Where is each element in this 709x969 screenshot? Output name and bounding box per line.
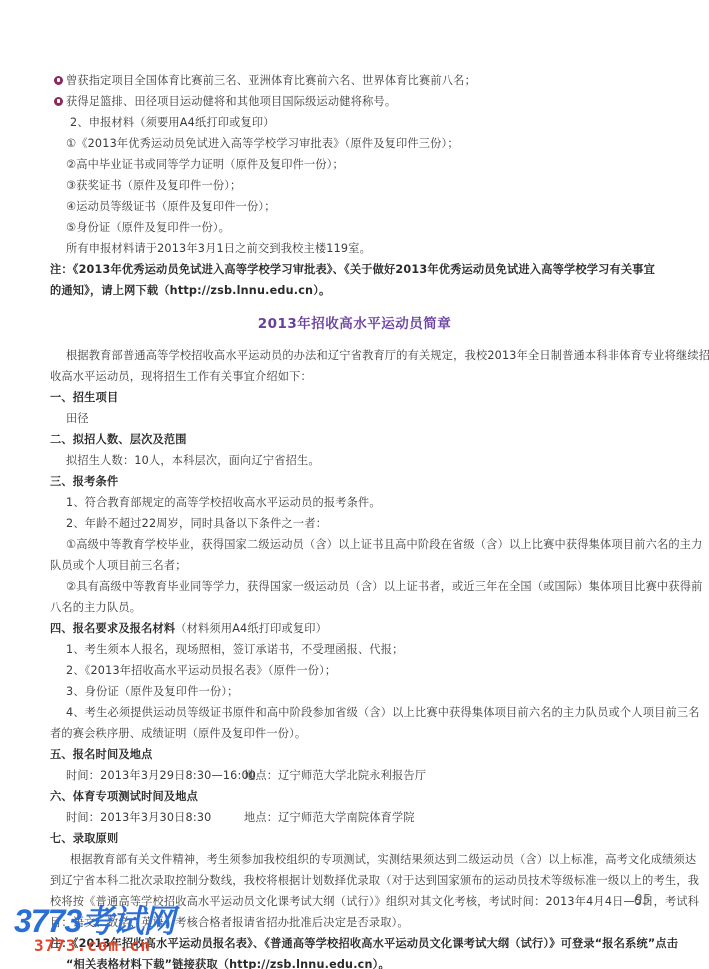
- section-body: 田径: [66, 412, 89, 426]
- intro-text: 收高水平运动员，现将招生工作有关事宜介绍如下：: [50, 370, 312, 384]
- section-body: 队员或个人项目前三名者；: [50, 559, 187, 573]
- section-body: 1、符合教育部规定的高等学校招收高水平运动员的报考条件。: [66, 496, 381, 510]
- section-body: 到辽宁省本科二批次录取控制分数线，我校将根据计划数择优录取（对于达到国家颁布的运…: [50, 874, 699, 888]
- section-body: 3、身份证（原件及复印件一份）；: [66, 685, 239, 699]
- material-item: ④运动员等级证书（原件及复印件一份）；: [66, 200, 276, 214]
- bullet-text: 获得足篮排、田径项目运动健将和其他项目国际级运动健将称号。: [66, 95, 396, 108]
- section-body: 1、考生须本人报名，现场照相，签订承诺书，不受理函报、代报；: [66, 643, 404, 657]
- section-heading-text: 四、报名要求及报名材料: [50, 622, 175, 635]
- section-body: 2、《2013年招收高水平运动员报名表》（原件一份）；: [66, 664, 336, 678]
- download-note-link[interactable]: 的通知》，请上网下载（http://zsb.lnnu.edu.cn）。: [50, 284, 330, 298]
- section-body: 4、考生必须提供运动员等级证书原件和高中阶段参加省级（含）以上比赛中获得集体项目…: [66, 706, 700, 720]
- material-item: ⑤身份证（原件及复印件一份）。: [66, 221, 230, 235]
- section-heading: 六、体育专项测试时间及地点: [50, 790, 198, 804]
- logo-main-text: 3773考试网: [14, 905, 174, 937]
- logo-sub-text: 3773.com.cn: [34, 937, 174, 955]
- bullet-item: 获得足篮排、田径项目运动健将和其他项目国际级运动健将称号。: [54, 95, 396, 109]
- bullet-item: 曾获指定项目全国体育比赛前三名、亚洲体育比赛前六名、世界体育比赛前八名；: [54, 74, 476, 88]
- intro-text: 根据教育部普通高等学校招收高水平运动员的办法和辽宁省教育厅的有关规定，我校201…: [66, 349, 709, 363]
- section-body: 拟招生人数：10人，本科层次，面向辽宁省招生。: [66, 454, 320, 468]
- section-heading-note: （材料须用A4纸打印或复印）: [175, 622, 327, 635]
- test-place: 地点：辽宁师范大学南院体育学院: [244, 811, 415, 825]
- bullet-icon: [54, 76, 63, 85]
- watermark-logo: 3773考试网 3773.com.cn: [14, 905, 174, 955]
- material-item: ①《2013年优秀运动员免试进入高等学校学习审批表》（原件及复印件三份）；: [66, 137, 459, 151]
- bullet-text: 曾获指定项目全国体育比赛前三名、亚洲体育比赛前六名、世界体育比赛前八名；: [66, 74, 476, 87]
- download-note: 注：《2013年优秀运动员免试进入高等学校学习审批表》、《关于做好2013年优秀…: [50, 263, 655, 277]
- section-body: ①高级中等教育学校毕业，获得国家二级运动员（含）以上证书且高中阶段在省级（含）以…: [66, 538, 703, 552]
- material-item: ②高中毕业证书或同等学力证明（原件及复印件一份）；: [66, 158, 344, 172]
- document-page: 曾获指定项目全国体育比赛前三名、亚洲体育比赛前六名、世界体育比赛前八名； 获得足…: [0, 0, 709, 969]
- page-number: 05: [634, 893, 651, 908]
- page-title: 2013年招收高水平运动员简章: [0, 312, 709, 332]
- section-body: 根据教育部有关文件精神，考生须参加我校组织的专项测试，实测结果须达到二级运动员（…: [70, 853, 696, 867]
- registration-place: 地点：辽宁师范大学北院永利报告厅: [244, 769, 426, 783]
- section-heading: 五、报名时间及地点: [50, 748, 153, 762]
- final-note-link[interactable]: “相关表格材料下载”链接获取（http://zsb.lnnu.edu.cn）。: [66, 958, 390, 969]
- section-body: 2、年龄不超过22周岁，同时具备以下条件之一者：: [66, 517, 327, 531]
- deadline-text: 所有申报材料请于2013年3月1日之前交到我校主楼119室。: [66, 242, 371, 256]
- bullet-icon: [54, 97, 63, 106]
- section-heading: 四、报名要求及报名材料（材料须用A4纸打印或复印）: [50, 622, 327, 636]
- materials-heading: 2、申报材料（须要用A4纸打印或复印）: [70, 116, 275, 130]
- section-heading: 一、招生项目: [50, 391, 118, 405]
- section-body: ②具有高级中等教育毕业同等学力，获得国家一级运动员（含）以上证书者，或近三年在全…: [66, 580, 703, 594]
- test-time: 时间：2013年3月30日8:30: [66, 811, 211, 825]
- section-heading: 七、录取原则: [50, 832, 118, 846]
- material-item: ③获奖证书（原件及复印件一份）；: [66, 179, 241, 193]
- section-heading: 三、报考条件: [50, 475, 118, 489]
- section-body: 八名的主力队员。: [50, 601, 141, 615]
- registration-time: 时间：2013年3月29日8:30—16:00: [66, 769, 256, 783]
- section-heading: 二、拟招人数、层次及范围: [50, 433, 187, 447]
- section-body: 者的赛会秩序册、成绩证明（原件及复印件一份）。: [50, 727, 306, 741]
